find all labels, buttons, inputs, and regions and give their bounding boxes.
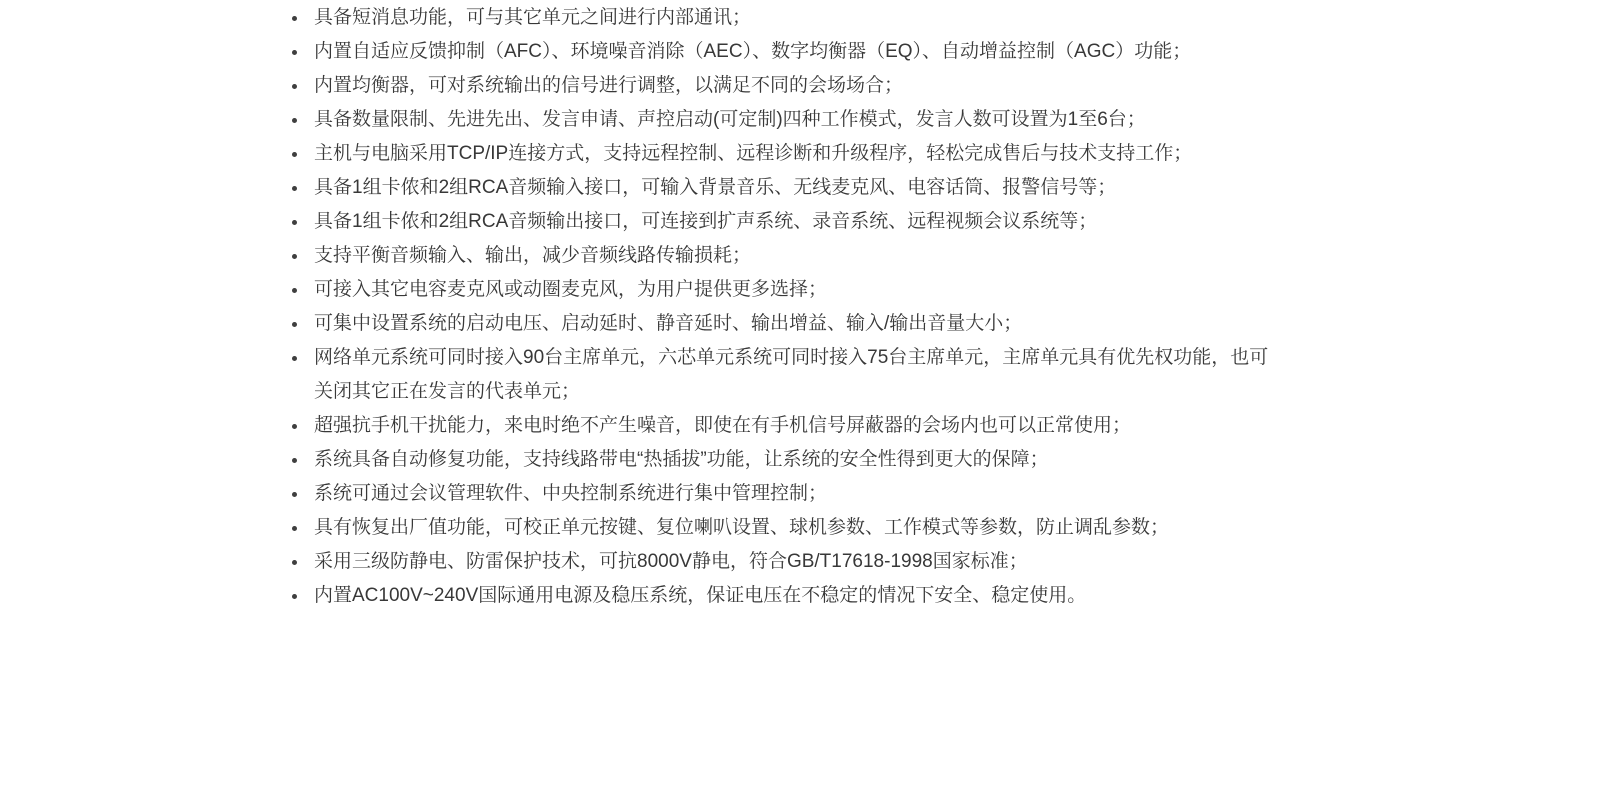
list-item-text: 主机与电脑采用TCP/IP连接方式，支持远程控制、远程诊断和升级程序，轻松完成售…	[314, 143, 1192, 164]
feature-list: 具备短消息功能，可与其它单元之间进行内部通讯； 内置自适应反馈抑制（AFC）、环…	[0, 0, 1282, 613]
list-item-text: 具备数量限制、先进先出、发言申请、声控启动(可定制)四种工作模式，发言人数可设置…	[314, 109, 1146, 130]
list-item: 可集中设置系统的启动电压、启动延时、静音延时、输出增益、输入/输出音量大小；	[290, 307, 1282, 341]
list-item: 内置自适应反馈抑制（AFC）、环境噪音消除（AEC）、数字均衡器（EQ）、自动增…	[290, 35, 1282, 69]
list-item: 可接入其它电容麦克风或动圈麦克风，为用户提供更多选择；	[290, 273, 1282, 307]
list-item-text: 超强抗手机干扰能力，来电时绝不产生噪音，即使在有手机信号屏蔽器的会场内也可以正常…	[314, 415, 1131, 436]
list-item: 具备短消息功能，可与其它单元之间进行内部通讯；	[290, 1, 1282, 35]
list-item: 支持平衡音频输入、输出，减少音频线路传输损耗；	[290, 239, 1282, 273]
list-item-text: 网络单元系统可同时接入90台主席单元，六芯单元系统可同时接入75台主席单元，主席…	[314, 347, 1268, 402]
list-item-text: 内置AC100V~240V国际通用电源及稳压系统，保证电压在不稳定的情况下安全、…	[314, 585, 1086, 606]
list-item-text: 具有恢复出厂值功能，可校正单元按键、复位喇叭设置、球机参数、工作模式等参数，防止…	[314, 517, 1169, 538]
list-item-text: 具备1组卡侬和2组RCA音频输出接口，可连接到扩声系统、录音系统、远程视频会议系…	[314, 211, 1097, 232]
list-item: 具备1组卡侬和2组RCA音频输入接口，可输入背景音乐、无线麦克风、电容话筒、报警…	[290, 171, 1282, 205]
list-item-text: 可接入其它电容麦克风或动圈麦克风，为用户提供更多选择；	[314, 279, 827, 300]
list-item: 内置均衡器，可对系统输出的信号进行调整，以满足不同的会场场合；	[290, 69, 1282, 103]
list-item-text: 具备1组卡侬和2组RCA音频输入接口，可输入背景音乐、无线麦克风、电容话筒、报警…	[314, 177, 1116, 198]
list-item-text: 系统可通过会议管理软件、中央控制系统进行集中管理控制；	[314, 483, 827, 504]
list-item-text: 采用三级防静电、防雷保护技术，可抗8000V静电，符合GB/T17618-199…	[314, 551, 1028, 572]
list-item: 具备数量限制、先进先出、发言申请、声控启动(可定制)四种工作模式，发言人数可设置…	[290, 103, 1282, 137]
list-item: 网络单元系统可同时接入90台主席单元，六芯单元系统可同时接入75台主席单元，主席…	[290, 341, 1282, 409]
list-item-text: 内置自适应反馈抑制（AFC）、环境噪音消除（AEC）、数字均衡器（EQ）、自动增…	[314, 41, 1191, 62]
list-item: 主机与电脑采用TCP/IP连接方式，支持远程控制、远程诊断和升级程序，轻松完成售…	[290, 137, 1282, 171]
list-item: 具备1组卡侬和2组RCA音频输出接口，可连接到扩声系统、录音系统、远程视频会议系…	[290, 205, 1282, 239]
list-item: 系统可通过会议管理软件、中央控制系统进行集中管理控制；	[290, 477, 1282, 511]
list-item: 具有恢复出厂值功能，可校正单元按键、复位喇叭设置、球机参数、工作模式等参数，防止…	[290, 511, 1282, 545]
list-item-text: 内置均衡器，可对系统输出的信号进行调整，以满足不同的会场场合；	[314, 75, 903, 96]
list-item: 超强抗手机干扰能力，来电时绝不产生噪音，即使在有手机信号屏蔽器的会场内也可以正常…	[290, 409, 1282, 443]
list-item-text: 具备短消息功能，可与其它单元之间进行内部通讯；	[314, 7, 751, 28]
list-item-text: 可集中设置系统的启动电压、启动延时、静音延时、输出增益、输入/输出音量大小；	[314, 313, 1022, 334]
list-item: 内置AC100V~240V国际通用电源及稳压系统，保证电压在不稳定的情况下安全、…	[290, 579, 1282, 613]
list-item-text: 系统具备自动修复功能，支持线路带电“热插拔”功能，让系统的安全性得到更大的保障；	[314, 449, 1049, 470]
list-item-text: 支持平衡音频输入、输出，减少音频线路传输损耗；	[314, 245, 751, 266]
list-item: 系统具备自动修复功能，支持线路带电“热插拔”功能，让系统的安全性得到更大的保障；	[290, 443, 1282, 477]
list-item: 采用三级防静电、防雷保护技术，可抗8000V静电，符合GB/T17618-199…	[290, 545, 1282, 579]
document-page: 具备短消息功能，可与其它单元之间进行内部通讯； 内置自适应反馈抑制（AFC）、环…	[0, 0, 1600, 808]
